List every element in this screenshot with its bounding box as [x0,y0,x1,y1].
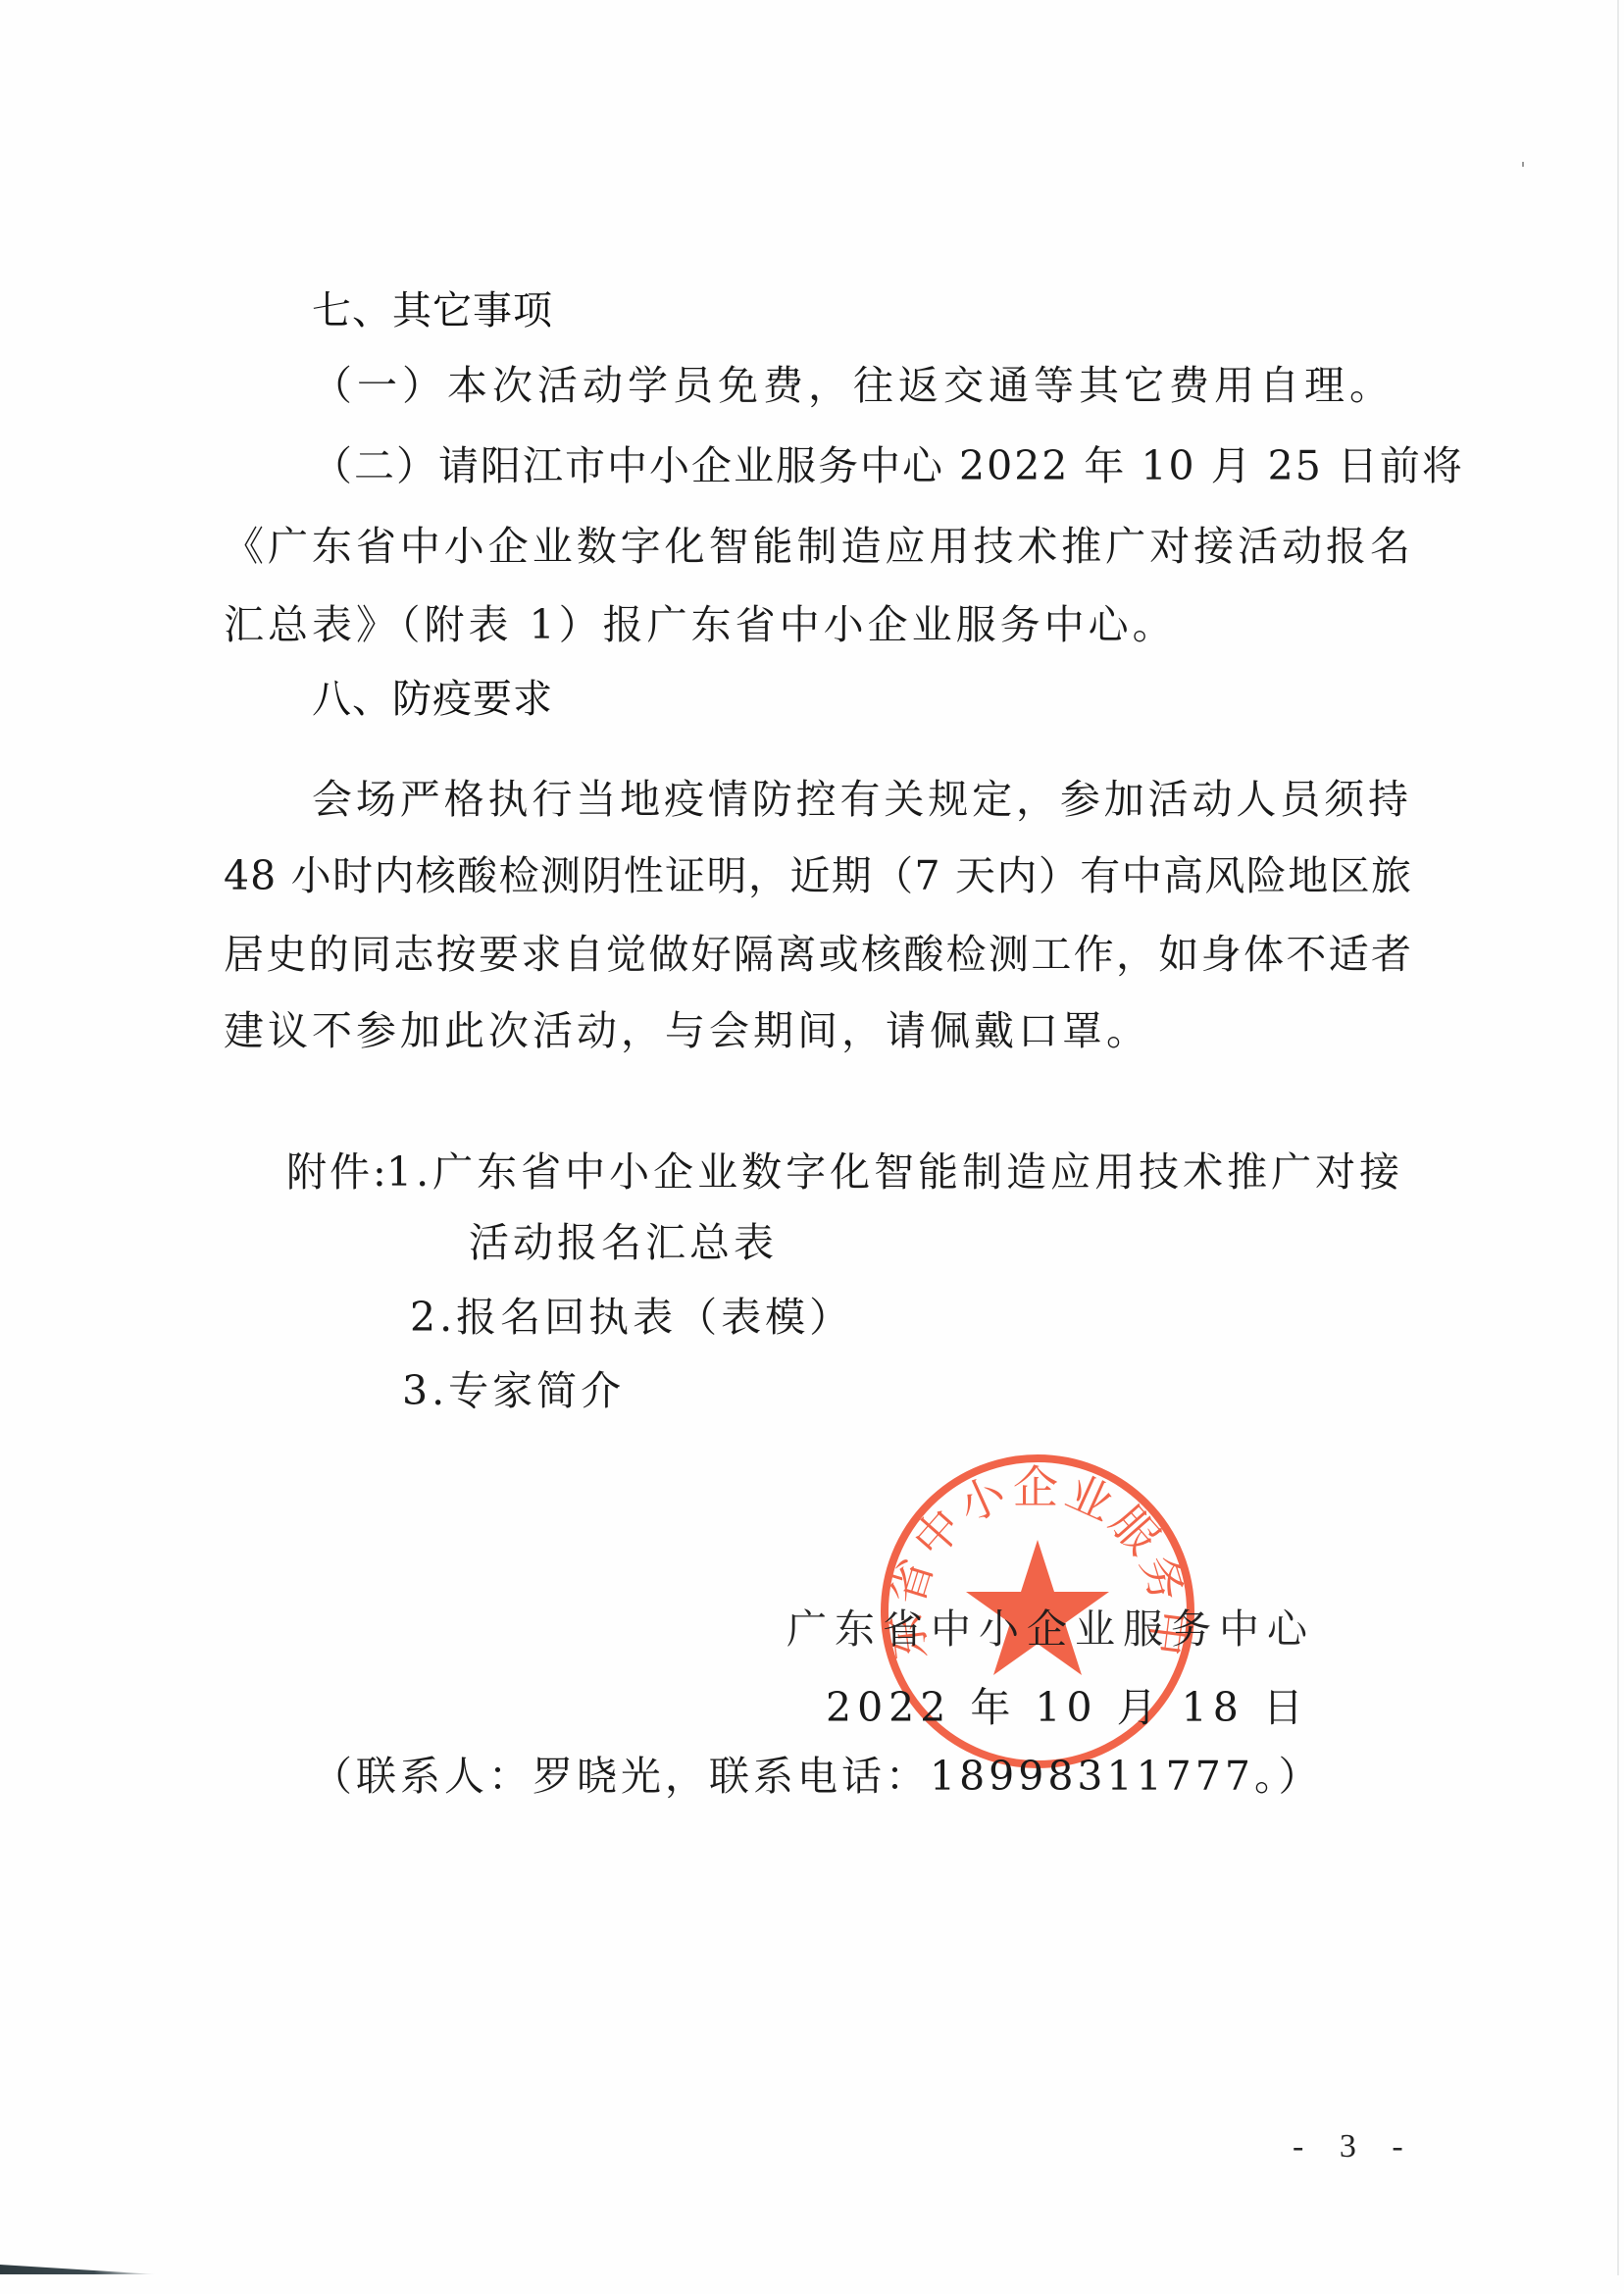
section-8-heading: 八、防疫要求 [312,675,553,724]
section-7-heading: 七、其它事项 [312,286,553,335]
section-7-item-2-line-1: （二）请阳江市中小企业服务中心 2022 年 10 月 25 日前将 [312,441,1410,490]
scan-artifact-border [1617,0,1619,2275]
page-number: - 3 - [1293,2128,1417,2166]
signature-organization: 广东省中小企业服务中心 [787,1605,1315,1654]
scan-artifact [1522,162,1524,167]
attachments-label: 附件: [286,1147,389,1197]
section-8-paragraph-line-2: 48 小时内核酸检测阴性证明，近期（7 天内）有中高风险地区旅 [224,851,1412,900]
section-7-item-2-line-2: 《广东省中小企业数字化智能制造应用技术推广对接活动报名 [224,522,1412,571]
section-8-paragraph-line-3: 居史的同志按要求自觉做好隔离或核酸检测工作，如身体不适者 [224,930,1412,979]
contact-info: （联系人：罗晓光，联系电话：18998311777。） [312,1752,1322,1801]
document-page: 七、其它事项 （一）本次活动学员免费，往返交通等其它费用自理。 （二）请阳江市中… [0,0,1624,2294]
attachment-2: 2.报名回执表（表模） [410,1293,853,1342]
section-7-item-1: （一）本次活动学员免费，往返交通等其它费用自理。 [312,361,1395,410]
section-8-paragraph-line-4: 建议不参加此次活动，与会期间，请佩戴口罩。 [224,1006,1150,1055]
section-7-item-2-line-3: 汇总表》（附表 1）报广东省中小企业服务中心。 [224,600,1177,649]
signature-date: 2022 年 10 月 18 日 [826,1683,1309,1732]
attachment-1-line-2: 活动报名汇总表 [469,1218,778,1267]
section-8-paragraph-line-1: 会场严格执行当地疫情防控有关规定，参加活动人员须持 [312,775,1410,824]
scan-artifact-edge [0,2265,157,2274]
attachment-1-line-1: 1.广东省中小企业数字化智能制造应用技术推广对接 [386,1147,1403,1197]
attachment-3: 3.专家简介 [402,1366,625,1415]
